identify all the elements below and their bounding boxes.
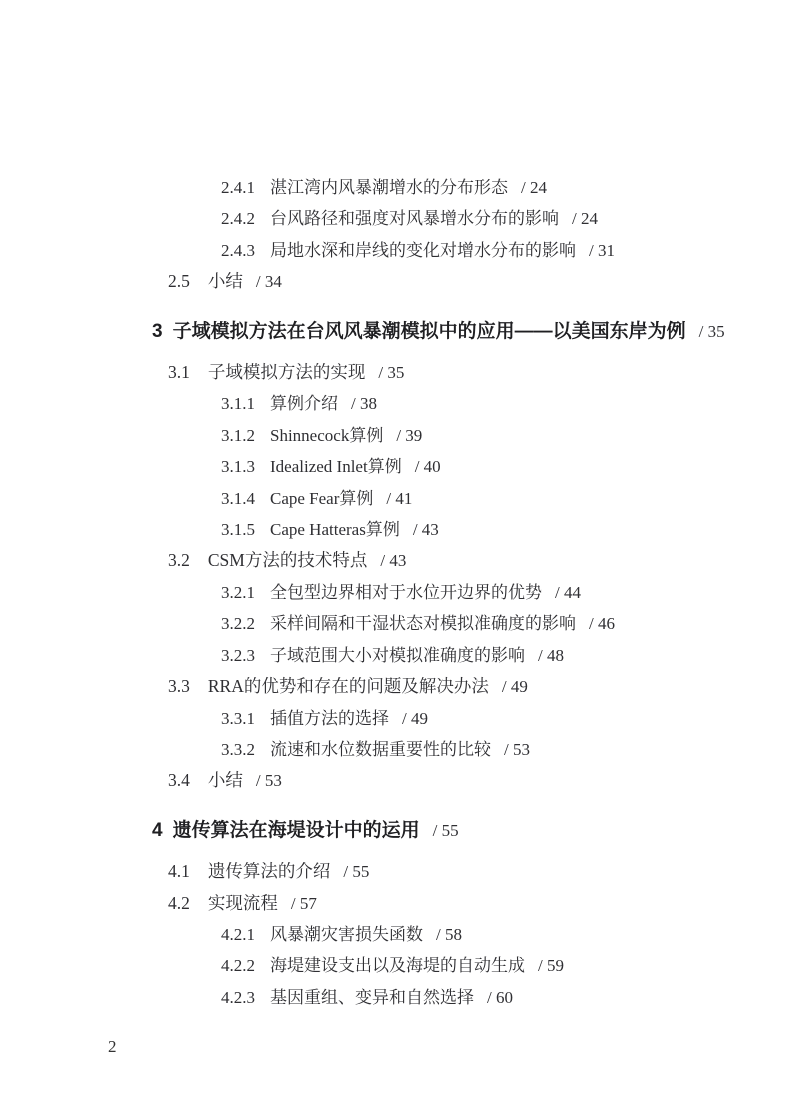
toc-entry: 4.2实现流程/ 57 [168, 888, 799, 919]
toc-entry-number: 3.3.2 [221, 734, 255, 765]
toc-entry: 3.3.1插值方法的选择/ 49 [221, 703, 799, 734]
toc-entry-number: 3.3.1 [221, 703, 255, 734]
toc-entry-title: Idealized Inlet算例 [270, 457, 402, 476]
toc-entry-number: 3.2 [168, 545, 190, 576]
toc-entry-title: 流速和水位数据重要性的比较 [270, 740, 491, 759]
toc-entry-pageref: / 46 [589, 614, 615, 633]
toc-entry-title: Cape Hatteras算例 [270, 520, 400, 539]
toc-entry: 3子域模拟方法在台风风暴潮模拟中的应用——以美国东岸为例/ 35 [152, 316, 799, 347]
toc-entry: 3.1.2Shinnecock算例/ 39 [221, 420, 799, 451]
toc-entry-number: 2.4.2 [221, 203, 255, 234]
toc-entry-pageref: / 53 [504, 740, 530, 759]
toc-entry-pageref: / 35 [378, 363, 404, 382]
toc-entry-number: 3.1 [168, 357, 190, 388]
toc-entry-title: 局地水深和岸线的变化对增水分布的影响 [270, 241, 576, 260]
toc-entry: 3.2.2采样间隔和干湿状态对模拟准确度的影响/ 46 [221, 608, 799, 639]
toc-entry-pageref: / 49 [402, 709, 428, 728]
toc-entry-title: Cape Fear算例 [270, 489, 373, 508]
toc-entry-pageref: / 59 [538, 956, 564, 975]
toc-entry-title: 实现流程 [208, 893, 278, 913]
toc-entry-title: 全包型边界相对于水位开边界的优势 [270, 583, 542, 602]
toc-entry-number: 3.2.1 [221, 577, 255, 608]
toc-entry-number: 3.1.3 [221, 451, 255, 482]
toc-entry-title: 湛江湾内风暴潮增水的分布形态 [270, 178, 508, 197]
toc-entry-pageref: / 43 [380, 551, 406, 570]
toc-entry-number: 2.5 [168, 266, 190, 297]
toc-entry: 4.2.3基因重组、变异和自然选择/ 60 [221, 982, 799, 1013]
toc-entry: 3.1.1算例介绍/ 38 [221, 388, 799, 419]
toc-entry-title: 遗传算法的介绍 [208, 861, 331, 881]
toc-entry-title: 风暴潮灾害损失函数 [270, 925, 423, 944]
toc-entry-pageref: / 24 [572, 209, 598, 228]
toc-entry-title: Shinnecock算例 [270, 426, 383, 445]
document-page: 2.4.1湛江湾内风暴潮增水的分布形态/ 24 2.4.2台风路径和强度对风暴增… [0, 0, 799, 1118]
toc-entry-number: 4.2.3 [221, 982, 255, 1013]
toc-entry: 3.2.3子域范围大小对模拟准确度的影响/ 48 [221, 640, 799, 671]
toc-entry-number: 4.2.2 [221, 950, 255, 981]
toc-entry-number: 4.2.1 [221, 919, 255, 950]
toc-entry-pageref: / 60 [487, 988, 513, 1007]
toc-entry-pageref: / 49 [502, 677, 528, 696]
toc-entry: 3.1.5Cape Hatteras算例/ 43 [221, 514, 799, 545]
toc-entry-pageref: / 48 [538, 646, 564, 665]
toc-entry: 4遗传算法在海堤设计中的运用/ 55 [152, 815, 799, 846]
toc-entry-pageref: / 24 [521, 178, 547, 197]
toc-entry-title: 小结 [208, 271, 243, 291]
toc-entry-pageref: / 39 [396, 426, 422, 445]
toc-entry-pageref: / 35 [699, 322, 725, 341]
toc-entry-number: 3 [152, 316, 163, 347]
toc-entry: 3.3.2流速和水位数据重要性的比较/ 53 [221, 734, 799, 765]
toc-entry-title: 小结 [208, 770, 243, 790]
toc-entry-number: 3.1.1 [221, 388, 255, 419]
toc-entry-pageref: / 38 [351, 394, 377, 413]
toc-entry-title: 算例介绍 [270, 394, 338, 413]
toc-entry: 2.4.1湛江湾内风暴潮增水的分布形态/ 24 [221, 172, 799, 203]
toc-entry: 3.1.4Cape Fear算例/ 41 [221, 483, 799, 514]
table-of-contents: 2.4.1湛江湾内风暴潮增水的分布形态/ 24 2.4.2台风路径和强度对风暴增… [0, 0, 799, 1013]
toc-entry-pageref: / 31 [589, 241, 615, 260]
toc-entry-title: CSM方法的技术特点 [208, 550, 367, 570]
toc-entry: 2.4.3局地水深和岸线的变化对增水分布的影响/ 31 [221, 235, 799, 266]
toc-entry-pageref: / 58 [436, 925, 462, 944]
toc-entry-title: 采样间隔和干湿状态对模拟准确度的影响 [270, 614, 576, 633]
toc-entry-title: 插值方法的选择 [270, 709, 389, 728]
toc-entry-pageref: / 43 [413, 520, 439, 539]
toc-entry-pageref: / 40 [415, 457, 441, 476]
toc-entry-number: 3.1.2 [221, 420, 255, 451]
toc-entry: 3.2.1全包型边界相对于水位开边界的优势/ 44 [221, 577, 799, 608]
page-number: 2 [108, 1036, 117, 1058]
toc-entry-pageref: / 34 [256, 272, 282, 291]
toc-entry-title: 海堤建设支出以及海堤的自动生成 [270, 956, 525, 975]
toc-entry: 4.2.1风暴潮灾害损失函数/ 58 [221, 919, 799, 950]
toc-entry-number: 4 [152, 815, 163, 846]
toc-entry-title: 子域模拟方法在台风风暴潮模拟中的应用——以美国东岸为例 [173, 321, 686, 342]
toc-entry-pageref: / 41 [386, 489, 412, 508]
toc-entry: 3.2CSM方法的技术特点/ 43 [168, 545, 799, 576]
toc-entry: 3.1.3Idealized Inlet算例/ 40 [221, 451, 799, 482]
toc-entry-number: 3.1.5 [221, 514, 255, 545]
toc-entry: 4.2.2海堤建设支出以及海堤的自动生成/ 59 [221, 950, 799, 981]
toc-entry-pageref: / 55 [433, 821, 459, 840]
toc-entry-number: 4.2 [168, 888, 190, 919]
toc-entry-number: 2.4.1 [221, 172, 255, 203]
toc-entry-number: 3.4 [168, 765, 190, 796]
toc-entry-title: 子域范围大小对模拟准确度的影响 [270, 646, 525, 665]
toc-entry-number: 3.1.4 [221, 483, 255, 514]
toc-entry-pageref: / 55 [343, 862, 369, 881]
toc-entry: 2.5小结/ 34 [168, 266, 799, 297]
toc-entry-number: 3.2.2 [221, 608, 255, 639]
toc-entry-title: 基因重组、变异和自然选择 [270, 988, 474, 1007]
toc-entry-pageref: / 53 [256, 771, 282, 790]
toc-entry: 3.4小结/ 53 [168, 765, 799, 796]
toc-entry-number: 4.1 [168, 856, 190, 887]
toc-entry-pageref: / 57 [291, 894, 317, 913]
toc-entry-title: 台风路径和强度对风暴增水分布的影响 [270, 209, 559, 228]
toc-entry: 4.1遗传算法的介绍/ 55 [168, 856, 799, 887]
toc-entry-title: 遗传算法在海堤设计中的运用 [173, 820, 420, 841]
toc-entry-title: RRA的优势和存在的问题及解决办法 [208, 676, 489, 696]
toc-entry-number: 2.4.3 [221, 235, 255, 266]
toc-entry: 3.1子域模拟方法的实现/ 35 [168, 357, 799, 388]
toc-entry-title: 子域模拟方法的实现 [208, 362, 366, 382]
toc-entry-number: 3.3 [168, 671, 190, 702]
toc-entry: 3.3RRA的优势和存在的问题及解决办法/ 49 [168, 671, 799, 702]
toc-entry-number: 3.2.3 [221, 640, 255, 671]
toc-entry: 2.4.2台风路径和强度对风暴增水分布的影响/ 24 [221, 203, 799, 234]
toc-entry-pageref: / 44 [555, 583, 581, 602]
